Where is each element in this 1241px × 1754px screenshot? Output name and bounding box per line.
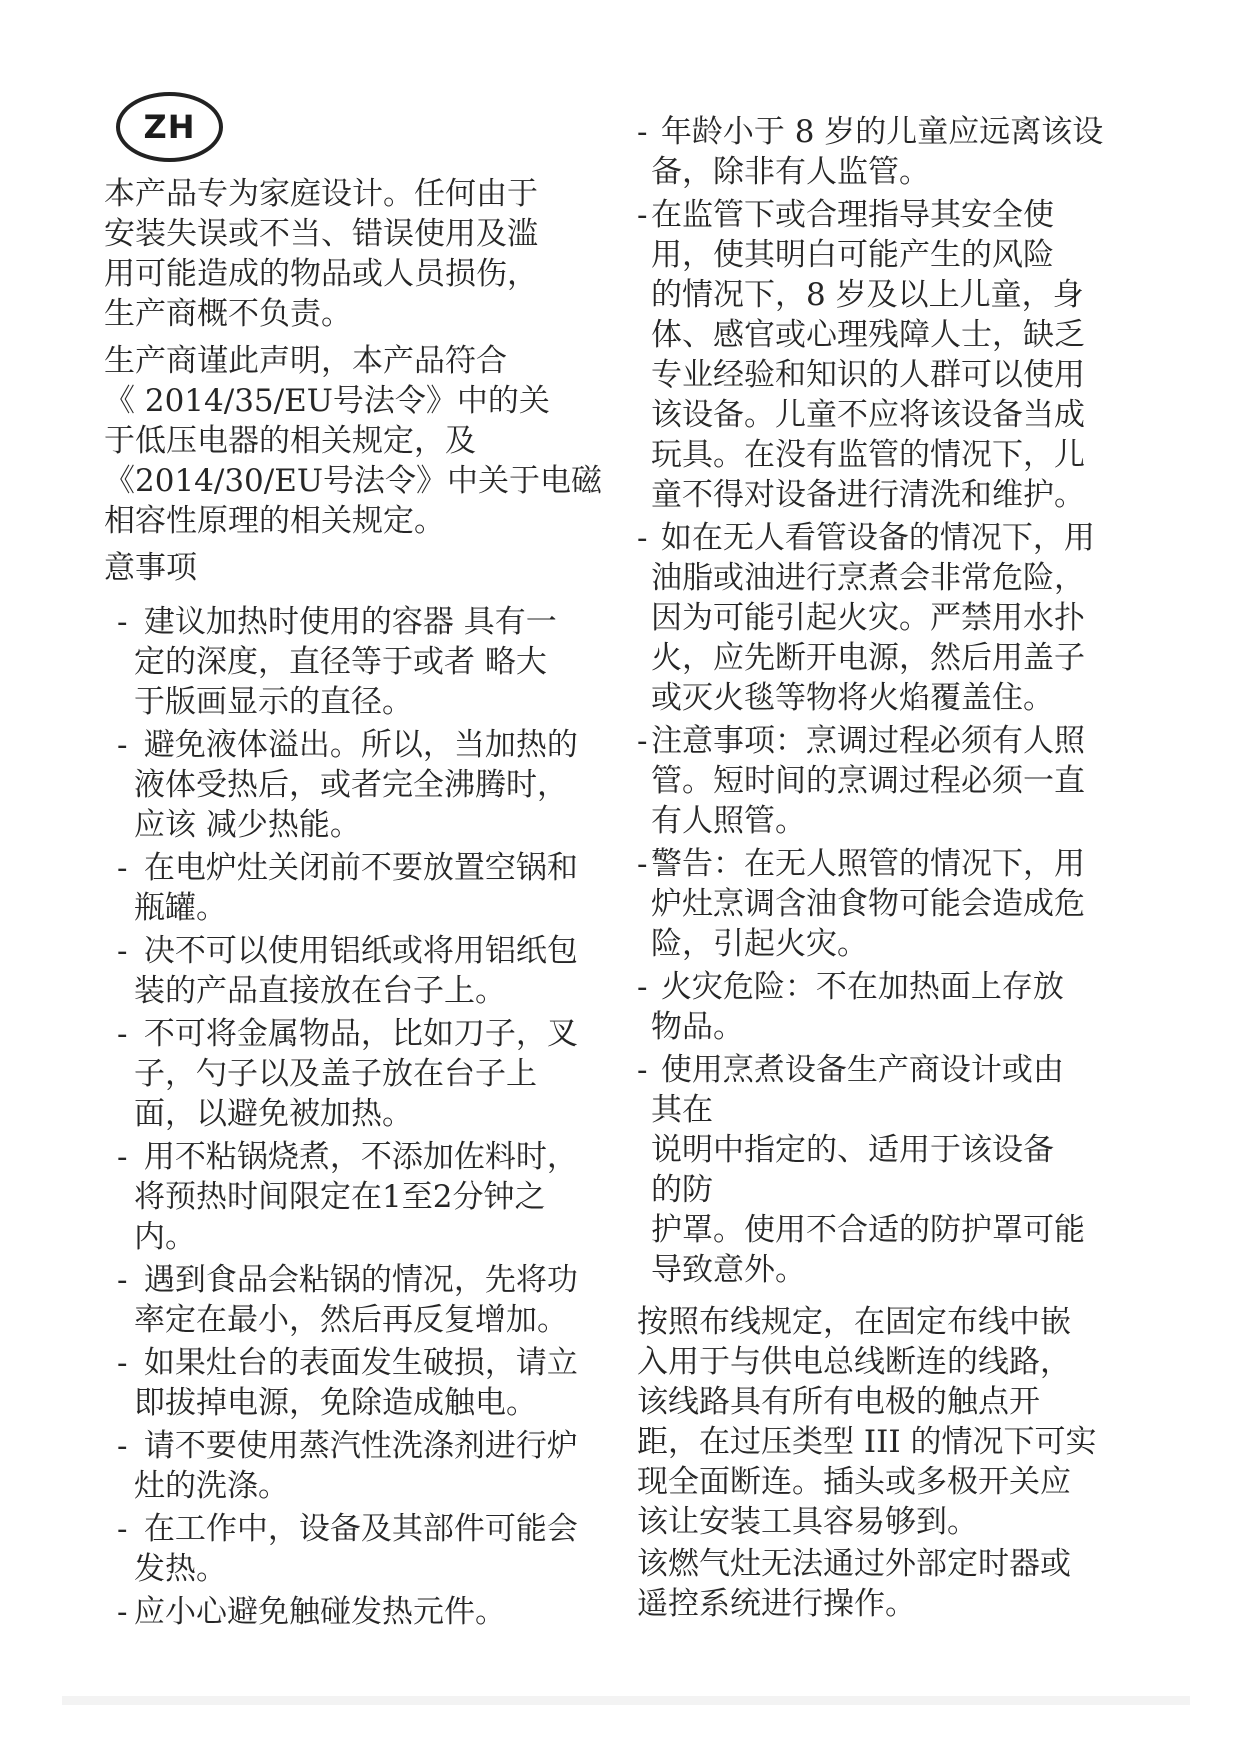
paragraph-liability-disclaimer: 本产品专为家庭设计。任何由于 安装失误或不当、错误使用及滥 用可能造成的物品或人… [104,174,609,334]
paragraph-wiring-regulation: 按照布线规定，在固定布线中嵌 入用于与供电总线断连的线路， 该线路具有所有电极的… [637,1302,1147,1542]
list-item: - 警告：在无人照管的情况下，用 炉灶烹调含油食物可能会造成危 险，引起火灾。 [637,844,1147,964]
list-item: - 应小心避免触碰发热元件。 [104,1592,609,1632]
bullet-marker: - [117,1014,134,1054]
bullet-marker: - [637,112,651,152]
bullet-marker: - [117,725,134,765]
bullet-marker: - [637,518,651,558]
paragraph-no-external-timer: 该燃气灶无法通过外部定时器或 遥控系统进行操作。 [637,1544,1147,1624]
list-item-text: 在工作中，设备及其部件可能会 发热。 [134,1509,578,1589]
list-item: - 注意事项：烹调过程必须有人照 管。短时间的烹调过程必须一直 有人照管。 [637,721,1147,841]
list-item: - 年龄小于 8 岁的儿童应远离该设 备，除非有人监管。 [637,112,1147,192]
list-item: - 在电炉灶关闭前不要放置空锅和 瓶罐。 [104,848,609,928]
list-item-text: 建议加热时使用的容器 具有一 定的深度，直径等于或者 略大 于版画显示的直径。 [134,602,557,722]
language-badge: ZH [116,92,223,162]
list-item-text: 注意事项：烹调过程必须有人照 管。短时间的烹调过程必须一直 有人照管。 [651,721,1085,841]
bullet-marker: - [637,844,651,884]
bullet-marker: - [117,1137,134,1177]
bullet-marker: - [637,195,651,235]
bullet-marker: - [637,1050,651,1090]
list-item: - 火灾危险：不在加热面上存放 物品。 [637,967,1147,1047]
list-item: - 避免液体溢出。所以，当加热的 液体受热后，或者完全沸腾时， 应该 减少热能。 [104,725,609,845]
list-item: - 决不可以使用铝纸或将用铝纸包 装的产品直接放在台子上。 [104,931,609,1011]
list-item-text: 在电炉灶关闭前不要放置空锅和 瓶罐。 [134,848,578,928]
list-item-text: 如果灶台的表面发生破损，请立 即拔掉电源，免除造成触电。 [134,1343,578,1423]
list-item: - 在工作中，设备及其部件可能会 发热。 [104,1509,609,1589]
paragraph-eu-declaration: 生产商谨此声明，本产品符合 《 2014/35/EU号法令》中的关 于低压电器的… [104,341,609,541]
bullet-marker: - [117,1260,134,1300]
bullet-marker: - [117,1592,134,1632]
list-item: - 用不粘锅烧煮，不添加佐料时， 将预热时间限定在1至2分钟之 内。 [104,1137,609,1257]
list-item-text: 应小心避免触碰发热元件。 [134,1592,506,1632]
section-heading-notices: 意事项 [104,548,609,588]
list-item-text: 决不可以使用铝纸或将用铝纸包 装的产品直接放在台子上。 [134,931,578,1011]
bullet-marker: - [637,967,651,1007]
list-item: - 如果灶台的表面发生破损，请立 即拔掉电源，免除造成触电。 [104,1343,609,1423]
bullet-marker: - [117,848,134,888]
bullet-marker: - [117,1509,134,1549]
list-item: - 遇到食品会粘锅的情况，先将功 率定在最小，然后再反复增加。 [104,1260,609,1340]
list-item-text: 避免液体溢出。所以，当加热的 液体受热后，或者完全沸腾时， 应该 减少热能。 [134,725,578,845]
list-item-text: 在监管下或合理指导其安全使 用，使其明白可能产生的风险 的情况下，8 岁及以上儿… [651,195,1085,515]
list-item-text: 请不要使用蒸汽性洗涤剂进行炉 灶的洗涤。 [134,1426,578,1506]
list-item: - 不可将金属物品，比如刀子，叉 子，勺子以及盖子放在台子上 面，以避免被加热。 [104,1014,609,1134]
list-item: - 如在无人看管设备的情况下，用 油脂或油进行烹煮会非常危险， 因为可能引起火灾… [637,518,1147,718]
list-item-text: 如在无人看管设备的情况下，用 油脂或油进行烹煮会非常危险， 因为可能引起火灾。严… [651,518,1095,718]
scan-artifact-band [62,1696,1190,1705]
list-item-text: 遇到食品会粘锅的情况，先将功 率定在最小，然后再反复增加。 [134,1260,578,1340]
list-item: - 在监管下或合理指导其安全使 用，使其明白可能产生的风险 的情况下，8 岁及以… [637,195,1147,515]
bullet-marker: - [117,931,134,971]
list-item: - 请不要使用蒸汽性洗涤剂进行炉 灶的洗涤。 [104,1426,609,1506]
list-item-text: 警告：在无人照管的情况下，用 炉灶烹调含油食物可能会造成危 险，引起火灾。 [651,844,1085,964]
bullet-marker: - [117,1343,134,1383]
bullet-marker: - [117,602,134,642]
list-item: - 使用烹煮设备生产商设计或由 其在 说明中指定的、适用于该设备 的防 护罩。使… [637,1050,1147,1290]
right-column: - 年龄小于 8 岁的儿童应远离该设 备，除非有人监管。 - 在监管下或合理指导… [637,112,1147,1624]
list-item-text: 使用烹煮设备生产商设计或由 其在 说明中指定的、适用于该设备 的防 护罩。使用不… [651,1050,1085,1290]
list-item-text: 年龄小于 8 岁的儿童应远离该设 备，除非有人监管。 [651,112,1103,192]
list-item: - 建议加热时使用的容器 具有一 定的深度，直径等于或者 略大 于版画显示的直径… [104,602,609,722]
list-item-text: 火灾危险：不在加热面上存放 物品。 [651,967,1064,1047]
manual-page: ZH 本产品专为家庭设计。任何由于 安装失误或不当、错误使用及滥 用可能造成的物… [0,0,1241,1754]
bullet-marker: - [117,1426,134,1466]
list-item-text: 不可将金属物品，比如刀子，叉 子，勺子以及盖子放在台子上 面，以避免被加热。 [134,1014,578,1134]
language-badge-label: ZH [144,108,196,146]
list-item-text: 用不粘锅烧煮，不添加佐料时， 将预热时间限定在1至2分钟之 内。 [134,1137,578,1257]
bullet-marker: - [637,721,651,761]
left-column: 本产品专为家庭设计。任何由于 安装失误或不当、错误使用及滥 用可能造成的物品或人… [104,174,609,1635]
